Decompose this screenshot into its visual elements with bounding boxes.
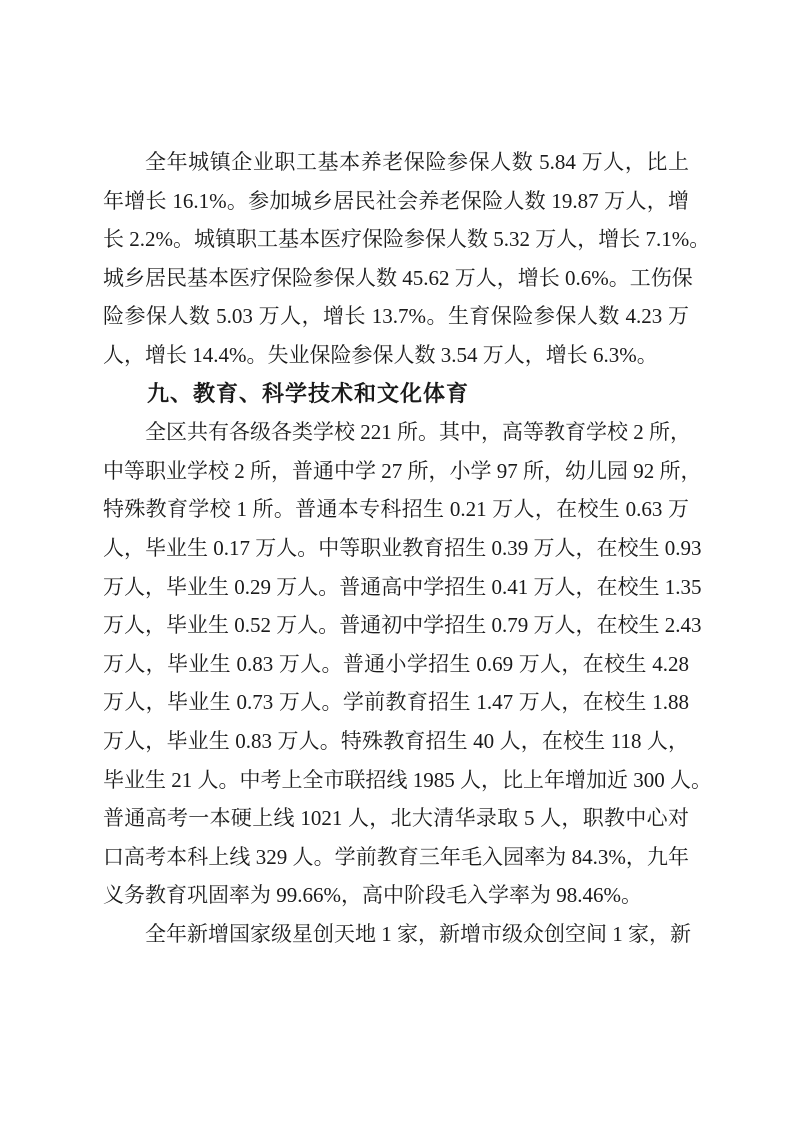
text-line: 毕业生 21 人。中考上全市联招线 1985 人，比上年增加近 300 人。 <box>103 761 689 800</box>
page-body: 全年城镇企业职工基本养老保险参保人数 5.84 万人，比上 年增长 16.1%。… <box>103 143 689 953</box>
text-line: 险参保人数 5.03 万人，增长 13.7%。生育保险参保人数 4.23 万 <box>103 297 689 336</box>
document-page: 全年城镇企业职工基本养老保险参保人数 5.84 万人，比上 年增长 16.1%。… <box>0 0 793 1122</box>
text-line: 特殊教育学校 1 所。普通本专科招生 0.21 万人，在校生 0.63 万 <box>103 490 689 529</box>
text-line: 全区共有各级各类学校 221 所。其中，高等教育学校 2 所， <box>103 413 689 452</box>
text-line: 全年新增国家级星创天地 1 家，新增市级众创空间 1 家，新 <box>103 915 689 954</box>
text-line: 万人，毕业生 0.73 万人。学前教育招生 1.47 万人，在校生 1.88 <box>103 683 689 722</box>
text-line: 人，增长 14.4%。失业保险参保人数 3.54 万人，增长 6.3%。 <box>103 336 689 375</box>
text-line: 万人，毕业生 0.52 万人。普通初中学招生 0.79 万人，在校生 2.43 <box>103 606 689 645</box>
text-line: 万人，毕业生 0.83 万人。普通小学招生 0.69 万人，在校生 4.28 <box>103 645 689 684</box>
text-line: 普通高考一本硬上线 1021 人，北大清华录取 5 人，职教中心对 <box>103 799 689 838</box>
text-line: 中等职业学校 2 所，普通中学 27 所，小学 97 所，幼儿园 92 所， <box>103 452 689 491</box>
text-line: 人，毕业生 0.17 万人。中等职业教育招生 0.39 万人，在校生 0.93 <box>103 529 689 568</box>
text-line: 长 2.2%。城镇职工基本医疗保险参保人数 5.32 万人，增长 7.1%。 <box>103 220 689 259</box>
text-line: 万人，毕业生 0.83 万人。特殊教育招生 40 人，在校生 118 人， <box>103 722 689 761</box>
text-line: 全年城镇企业职工基本养老保险参保人数 5.84 万人，比上 <box>103 143 689 182</box>
text-line: 口高考本科上线 329 人。学前教育三年毛入园率为 84.3%，九年 <box>103 838 689 877</box>
text-line: 城乡居民基本医疗保险参保人数 45.62 万人，增长 0.6%。工伤保 <box>103 259 689 298</box>
text-line: 义务教育巩固率为 99.66%，高中阶段毛入学率为 98.46%。 <box>103 876 689 915</box>
section-heading: 九、教育、科学技术和文化体育 <box>103 375 689 414</box>
text-line: 万人，毕业生 0.29 万人。普通高中学招生 0.41 万人，在校生 1.35 <box>103 568 689 607</box>
text-line: 年增长 16.1%。参加城乡居民社会养老保险人数 19.87 万人，增 <box>103 182 689 221</box>
